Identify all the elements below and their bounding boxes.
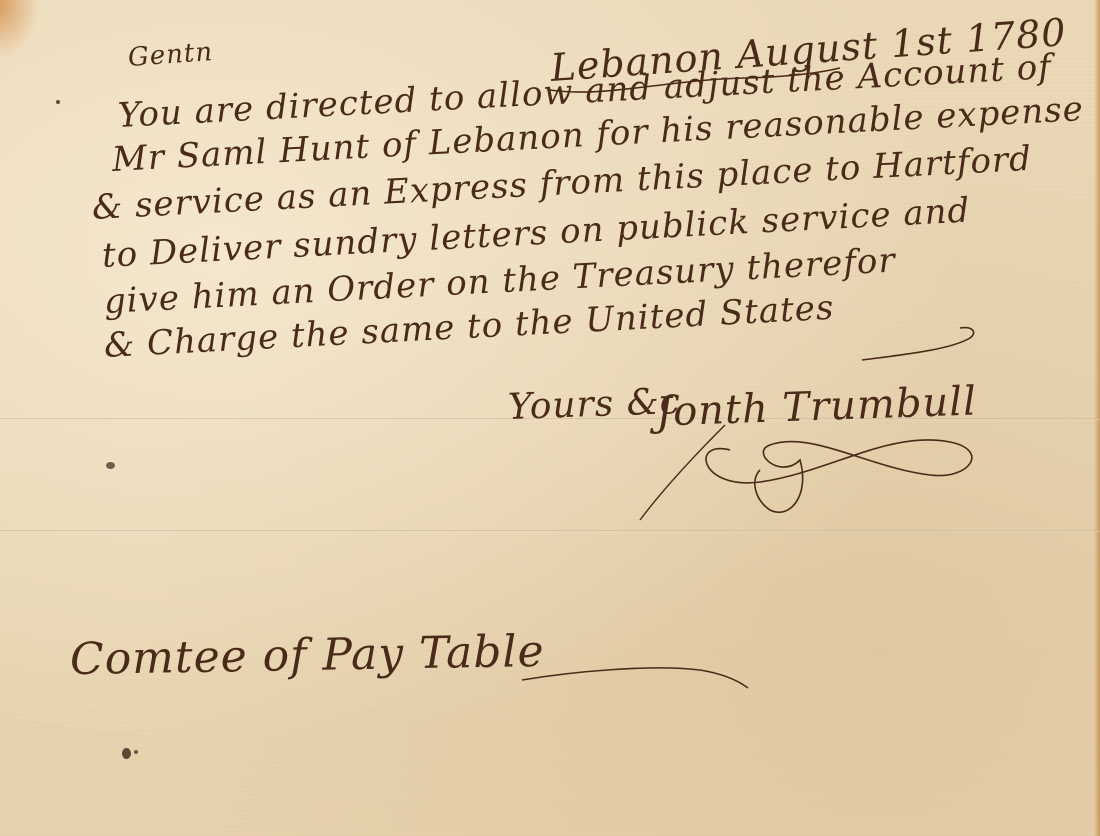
addressee: Comtee of Pay Table	[70, 626, 545, 685]
ink-spot	[122, 748, 131, 759]
manuscript-page: Gentn Lebanon August 1st 1780 You are di…	[0, 0, 1100, 836]
fold-line	[0, 530, 1100, 532]
ink-spot	[56, 100, 60, 104]
signature-flourish	[630, 420, 1010, 530]
addressee-flourish	[520, 650, 750, 700]
salutation: Gentn	[127, 37, 214, 73]
corner-stain	[0, 0, 40, 60]
line-end-flourish	[860, 320, 980, 370]
ink-spot	[134, 750, 138, 754]
ink-spot	[106, 462, 115, 469]
